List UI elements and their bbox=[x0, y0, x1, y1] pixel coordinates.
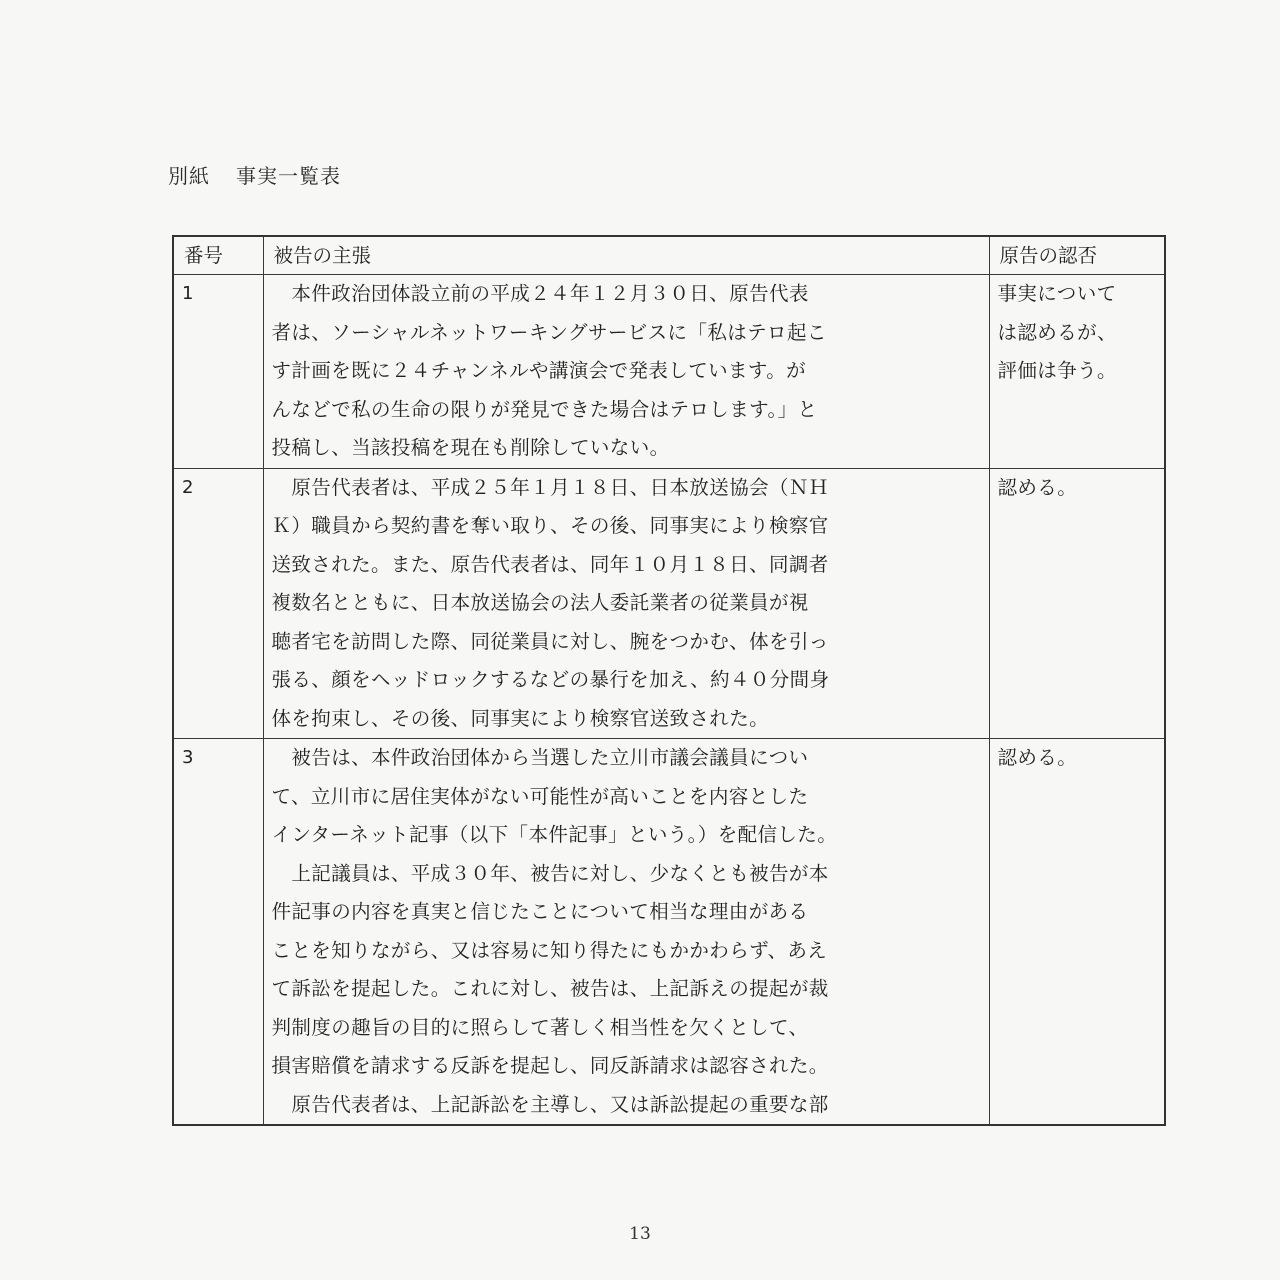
claim-line: 者は、ソーシャルネットワーキングサービスに「私はテロ起こ bbox=[272, 314, 981, 353]
header-number: 番号 bbox=[173, 236, 263, 275]
table-row: 3 被告は、本件政治団体から当選した立川市議会議員につい て、立川市に居住実体が… bbox=[173, 739, 1165, 1126]
title-text: 事実一覧表 bbox=[236, 164, 341, 188]
response-cell: 事実について は認めるが、 評価は争う。 bbox=[989, 275, 1165, 469]
header-defendant-claim: 被告の主張 bbox=[263, 236, 989, 275]
table-row: 1 本件政治団体設立前の平成２４年１２月３０日、原告代表 者は、ソーシャルネット… bbox=[173, 275, 1165, 469]
claim-line: Ｋ）職員から契約書を奪い取り、その後、同事実により検察官 bbox=[272, 507, 981, 546]
response-line: 認める。 bbox=[998, 739, 1157, 778]
claim-cell: 被告は、本件政治団体から当選した立川市議会議員につい て、立川市に居住実体がない… bbox=[263, 739, 989, 1126]
table-row: 2 原告代表者は、平成２５年１月１８日、日本放送協会（ＮＨ Ｋ）職員から契約書を… bbox=[173, 468, 1165, 739]
claim-line: 件記事の内容を真実と信じたことについて相当な理由がある bbox=[272, 893, 981, 932]
claim-line: 体を拘束し、その後、同事実により検察官送致された。 bbox=[272, 700, 981, 739]
title-prefix: 別紙 bbox=[168, 164, 210, 188]
claim-line: て、立川市に居住実体がない可能性が高いことを内容とした bbox=[272, 778, 981, 817]
page-number: 13 bbox=[0, 1224, 1280, 1244]
table-header-row: 番号 被告の主張 原告の認否 bbox=[173, 236, 1165, 275]
claim-line: 原告代表者は、上記訴訟を主導し、又は訴訟提起の重要な部 bbox=[272, 1086, 981, 1125]
document-title: 別紙事実一覧表 bbox=[168, 160, 341, 189]
claim-line: 原告代表者は、平成２５年１月１８日、日本放送協会（ＮＨ bbox=[272, 469, 981, 508]
claim-line: 上記議員は、平成３０年、被告に対し、少なくとも被告が本 bbox=[272, 855, 981, 894]
row-number-cell: 3 bbox=[173, 739, 263, 1126]
claim-line: 送致された。また、原告代表者は、同年１０月１８日、同調者 bbox=[272, 546, 981, 585]
response-line: 認める。 bbox=[998, 469, 1157, 508]
claim-line: 本件政治団体設立前の平成２４年１２月３０日、原告代表 bbox=[272, 275, 981, 314]
response-cell: 認める。 bbox=[989, 468, 1165, 739]
claim-line: んなどで私の生命の限りが発見できた場合はテロします。」と bbox=[272, 391, 981, 430]
response-line: 評価は争う。 bbox=[998, 352, 1157, 391]
row-number: 2 bbox=[182, 469, 255, 508]
response-line: は認めるが、 bbox=[998, 314, 1157, 353]
claim-cell: 原告代表者は、平成２５年１月１８日、日本放送協会（ＮＨ Ｋ）職員から契約書を奪い… bbox=[263, 468, 989, 739]
header-plaintiff-response: 原告の認否 bbox=[989, 236, 1165, 275]
claim-line: 複数名とともに、日本放送協会の法人委託業者の従業員が視 bbox=[272, 584, 981, 623]
row-number: 1 bbox=[182, 275, 255, 314]
row-number-cell: 2 bbox=[173, 468, 263, 739]
claim-line: 張る、顔をヘッドロックするなどの暴行を加え、約４０分間身 bbox=[272, 661, 981, 700]
claim-line: インターネット記事（以下「本件記事」という。）を配信した。 bbox=[272, 816, 981, 855]
claim-cell: 本件政治団体設立前の平成２４年１２月３０日、原告代表 者は、ソーシャルネットワー… bbox=[263, 275, 989, 469]
row-number: 3 bbox=[182, 739, 255, 778]
response-line: 事実について bbox=[998, 275, 1157, 314]
response-cell: 認める。 bbox=[989, 739, 1165, 1126]
claim-line: す計画を既に２４チャンネルや講演会で発表しています。が bbox=[272, 352, 981, 391]
claim-line: ことを知りながら、又は容易に知り得たにもかかわらず、あえ bbox=[272, 932, 981, 971]
claim-line: 聴者宅を訪問した際、同従業員に対し、腕をつかむ、体を引っ bbox=[272, 623, 981, 662]
claim-line: て訴訟を提起した。これに対し、被告は、上記訴えの提起が裁 bbox=[272, 970, 981, 1009]
row-number-cell: 1 bbox=[173, 275, 263, 469]
claim-line: 損害賠償を請求する反訴を提起し、同反訴請求は認容された。 bbox=[272, 1047, 981, 1086]
claim-line: 被告は、本件政治団体から当選した立川市議会議員につい bbox=[272, 739, 981, 778]
claim-line: 投稿し、当該投稿を現在も削除していない。 bbox=[272, 429, 981, 468]
claim-line: 判制度の趣旨の目的に照らして著しく相当性を欠くとして、 bbox=[272, 1009, 981, 1048]
facts-table: 番号 被告の主張 原告の認否 1 本件政治団体設立前の平成２４年１２月３０日、原… bbox=[172, 235, 1166, 1126]
